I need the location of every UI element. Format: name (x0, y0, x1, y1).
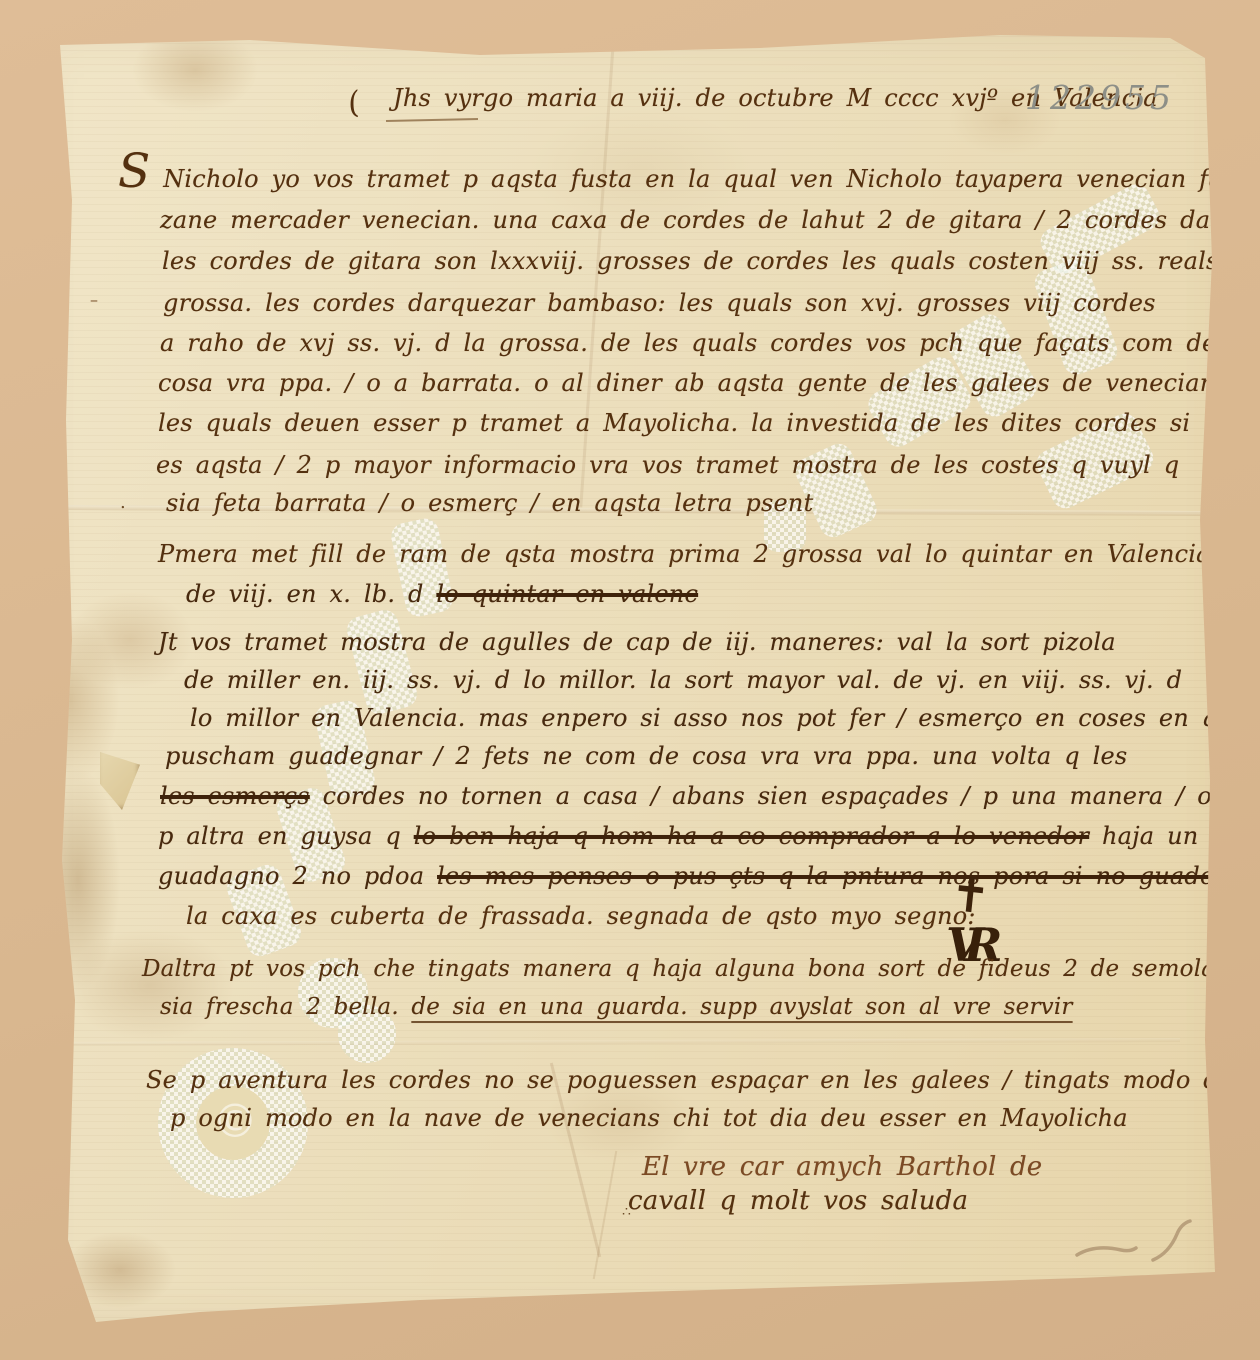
manuscript-line: lo millor en Valencia. mas enpero si ass… (190, 704, 1247, 732)
watermark-blob (344, 607, 420, 717)
manuscript-line: de miller en. iij. ss. vj. d lo millor. … (184, 666, 1182, 694)
wrinkle-line (593, 1151, 618, 1279)
signature-dots: ∴ (622, 1204, 631, 1220)
manuscript-line: sia frescha 2 bella. de sia en una guard… (160, 994, 1073, 1020)
manuscript-line: les cordes de gitara son lxxxviij. gross… (162, 247, 1254, 275)
manuscript-line: S Nicholo yo vos tramet p aqsta fusta en… (118, 162, 1260, 193)
manuscript-line: zane mercader venecian. una caxa de cord… (160, 206, 1260, 234)
manuscript-line: Se p aventura les cordes no se poguessen… (146, 1066, 1260, 1094)
manuscript-line: sia feta barrata / o esmerç / en aqsta l… (166, 489, 813, 517)
manuscript-line: a raho de xvj ss. vj. d la grossa. de le… (160, 329, 1216, 357)
paper-tear-flap (100, 752, 140, 810)
manuscript-line: es aqsta / 2 p mayor informacio vra vos … (156, 451, 1179, 479)
margin-dash: – (90, 290, 98, 309)
parchment-paper: © ( Jhs vyrgo maria a viij. de octubre M… (0, 0, 1260, 1360)
manuscript-line: Jt vos tramet mostra de agulles de cap d… (158, 628, 1116, 656)
archive-number: 122955 (1025, 78, 1175, 117)
invocation-underline (386, 118, 478, 122)
merchant-mark-cross: ✝ (947, 866, 993, 926)
manuscript-line: guadagno 2 no pdoa les mes penses o pus … (158, 862, 1260, 890)
manuscript-line: les esmerçs cordes no tornen a casa / ab… (160, 782, 1233, 810)
manuscript-line: cosa vra ppa. / o a barrata. o al diner … (158, 369, 1228, 397)
manuscript-line: grossa. les cordes darquezar bambaso: le… (163, 289, 1156, 317)
manuscript-line: de viij. en x. lb. d lo quintar en valen… (186, 580, 698, 608)
manuscript-line: Daltra pt vos pch che tingats manera q h… (142, 956, 1260, 982)
manuscript-line: puscham guadegnar / 2 fets ne com de cos… (165, 742, 1127, 770)
margin-dot: . (120, 492, 126, 513)
manuscript-line: p altra en guysa q lo ben haja q hom ha … (158, 822, 1198, 850)
manuscript-line: Pmera met fill de ram de qsta mostra pri… (158, 540, 1211, 568)
signature-line: El vre car amych Barthol de (642, 1152, 1042, 1182)
manuscript-line: les quals deuen esser p tramet a Mayolic… (158, 409, 1190, 437)
manuscript-line: p ogni modo en la nave de venecians chi … (170, 1104, 1128, 1132)
scanned-letter-page: { "page": { "background_color": "#d9b78f… (0, 0, 1260, 1360)
pencil-squiggle (1055, 1205, 1225, 1275)
horizontal-fold-crease (60, 1038, 1180, 1046)
header-flourish-mark: ( (344, 85, 363, 122)
manuscript-line: la caxa es cuberta de frassada. segnada … (186, 902, 976, 930)
signature-line: cavall q molt vos saluda (628, 1186, 968, 1216)
